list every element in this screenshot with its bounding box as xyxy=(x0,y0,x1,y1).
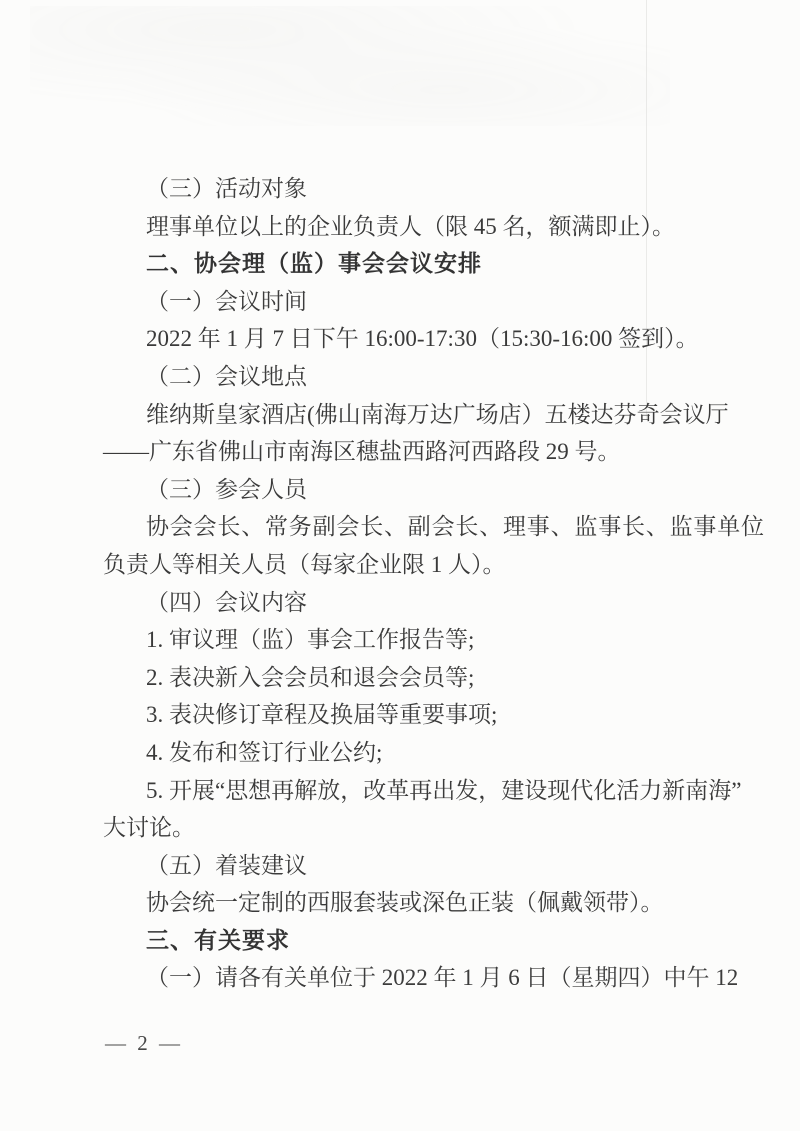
subheading-meeting-time: （一）会议时间 xyxy=(103,283,709,321)
document-body: （三）活动对象 理事单位以上的企业负责人（限 45 名，额满即止）。 二、协会理… xyxy=(103,170,709,997)
subheading-attendees: （三）参会人员 xyxy=(103,471,709,509)
list-item-3: 3. 表决修订章程及换届等重要事项; xyxy=(103,696,709,734)
subheading-dress-code: （五）着装建议 xyxy=(103,847,709,885)
subheading-meeting-location: （二）会议地点 xyxy=(103,358,709,396)
list-item-5-continued: 大讨论。 xyxy=(103,809,709,847)
document-page: （三）活动对象 理事单位以上的企业负责人（限 45 名，额满即止）。 二、协会理… xyxy=(0,0,800,1131)
subheading-activity-target: （三）活动对象 xyxy=(103,170,709,208)
paragraph-attendees-2: 负责人等相关人员（每家企业限 1 人）。 xyxy=(103,546,709,584)
paragraph-attendees-1: 协会会长、常务副会长、副会长、理事、监事长、监事单位 xyxy=(103,508,709,546)
heading-section-2: 二、协会理（监）事会会议安排 xyxy=(103,245,709,283)
paragraph-meeting-time: 2022 年 1 月 7 日下午 16:00-17:30（15:30-16:00… xyxy=(103,320,709,358)
list-item-5: 5. 开展“思想再解放，改革再出发，建设现代化活力新南海” xyxy=(103,772,709,810)
paragraph-meeting-location-2: ——广东省佛山市南海区穗盐西路河西路段 29 号。 xyxy=(103,433,709,471)
list-item-4: 4. 发布和签订行业公约; xyxy=(103,734,709,772)
paragraph-meeting-location-1: 维纳斯皇家酒店(佛山南海万达广场店）五楼达芬奇会议厅 xyxy=(103,396,709,434)
paragraph-activity-target: 理事单位以上的企业负责人（限 45 名，额满即止）。 xyxy=(103,208,709,246)
paragraph-requirement-1: （一）请各有关单位于 2022 年 1 月 6 日（星期四）中午 12 xyxy=(103,959,709,997)
scan-smudge-artifact xyxy=(30,6,670,126)
list-item-1: 1. 审议理（监）事会工作报告等; xyxy=(103,621,709,659)
list-item-2: 2. 表决新入会会员和退会会员等; xyxy=(103,659,709,697)
heading-section-3: 三、有关要求 xyxy=(103,922,709,960)
subheading-meeting-content: （四）会议内容 xyxy=(103,584,709,622)
page-number: — 2 — xyxy=(105,1030,183,1056)
paragraph-dress-code: 协会统一定制的西服套装或深色正装（佩戴领带）。 xyxy=(103,884,709,922)
